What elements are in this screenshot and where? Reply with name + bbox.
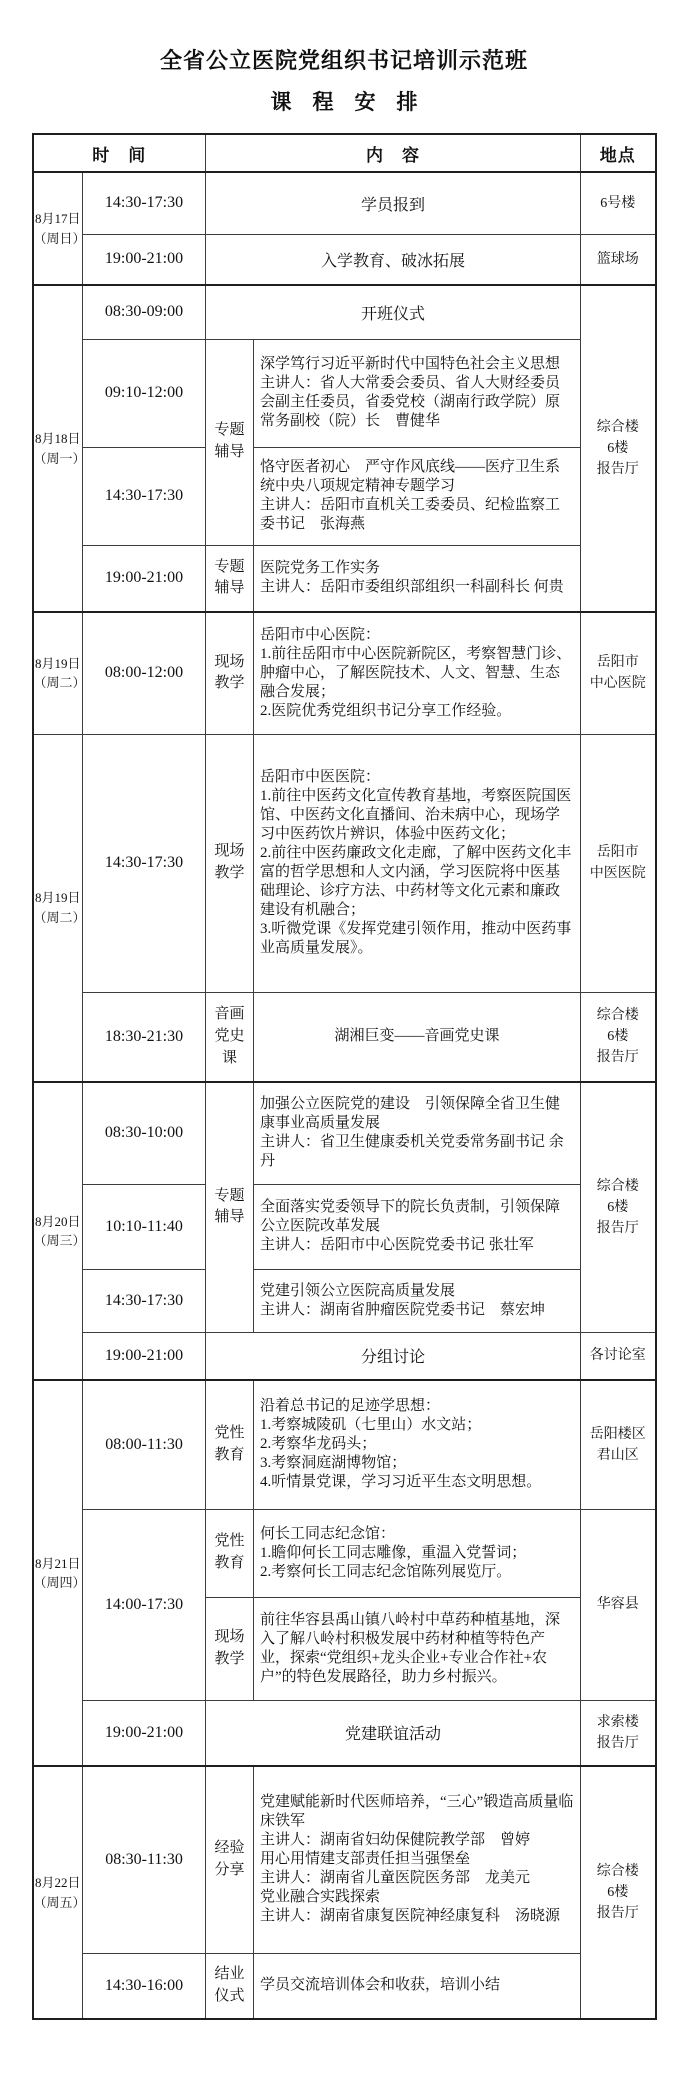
content-cell: 何长工同志纪念馆： 1.瞻仰何长工同志雕像，重温入党誓词； 2.考察何长工同志纪…	[254, 1509, 581, 1597]
activity-cell: 开班仪式	[206, 285, 581, 339]
location-cell: 综合楼 6楼 报告厅	[581, 1766, 656, 2019]
date-cell: 8月19日 （周二）	[33, 734, 83, 1082]
time-cell: 14:30-16:00	[83, 1953, 206, 2019]
time-cell: 09:10-12:00	[83, 339, 206, 447]
location-cell: 华容县	[581, 1509, 656, 1700]
activity-cell: 学员报到	[206, 172, 581, 234]
category-cell: 现场 教学	[206, 734, 254, 992]
time-cell: 08:30-10:00	[83, 1082, 206, 1184]
table-row: 19:00-21:00 党建联谊活动 求索楼 报告厅	[33, 1700, 656, 1766]
time-cell: 19:00-21:00	[83, 545, 206, 612]
category-cell: 专题 辅导	[206, 545, 254, 612]
table-header-row: 时 间 内 容 地点	[33, 134, 656, 172]
category-cell: 音画 党史 课	[206, 992, 254, 1082]
table-row: 8月22日 （周五） 08:30-11:30 经验 分享 党建赋能新时代医师培养…	[33, 1766, 656, 1953]
category-cell: 党性 教育	[206, 1509, 254, 1597]
time-cell: 19:00-21:00	[83, 1700, 206, 1766]
category-cell: 党性 教育	[206, 1380, 254, 1509]
page-title: 全省公立医院党组织书记培训示范班	[0, 46, 688, 76]
table-row: 8月21日 （周四） 08:00-11:30 党性 教育 沿着总书记的足迹学思想…	[33, 1380, 656, 1509]
location-cell: 篮球场	[581, 234, 656, 285]
table-row: 14:30-17:30 党建引领公立医院高质量发展 主讲人：湖南省肿瘤医院党委书…	[33, 1269, 656, 1332]
location-cell: 6号楼	[581, 172, 656, 234]
column-header-content: 内 容	[206, 134, 581, 172]
content-cell: 深学笃行习近平新时代中国特色社会主义思想 主讲人：省人大常委会委员、省人大财经委…	[254, 339, 581, 447]
date-cell: 8月19日 （周二）	[33, 612, 83, 734]
content-cell: 湖湘巨变——音画党史课	[254, 992, 581, 1082]
table-row: 14:30-17:30 恪守医者初心 严守作风底线——医疗卫生系统中央八项规定精…	[33, 447, 656, 545]
column-header-location: 地点	[581, 134, 656, 172]
content-cell: 恪守医者初心 严守作风底线——医疗卫生系统中央八项规定精神专题学习 主讲人：岳阳…	[254, 447, 581, 545]
date-cell: 8月17日 （周日）	[33, 172, 83, 285]
table-row: 19:00-21:00 入学教育、破冰拓展 篮球场	[33, 234, 656, 285]
time-cell: 14:30-17:30	[83, 447, 206, 545]
location-cell: 综合楼 6楼 报告厅	[581, 1082, 656, 1332]
table-row: 19:00-21:00 分组讨论 各讨论室	[33, 1332, 656, 1380]
time-cell: 08:30-11:30	[83, 1766, 206, 1953]
date-cell: 8月22日 （周五）	[33, 1766, 83, 2019]
location-cell: 各讨论室	[581, 1332, 656, 1380]
activity-cell: 入学教育、破冰拓展	[206, 234, 581, 285]
category-cell: 现场 教学	[206, 1597, 254, 1700]
category-cell: 结业 仪式	[206, 1953, 254, 2019]
category-cell: 经验 分享	[206, 1766, 254, 1953]
course-schedule-table: 时 间 内 容 地点 8月17日 （周日） 14:30-17:30 学员报到 6…	[32, 133, 657, 2020]
table-row: 8月20日 （周三） 08:30-10:00 专题 辅导 加强公立医院党的建设 …	[33, 1082, 656, 1184]
content-cell: 沿着总书记的足迹学思想： 1.考察城陵矶（七里山）水文站； 2.考察华龙码头； …	[254, 1380, 581, 1509]
column-header-time: 时 间	[33, 134, 206, 172]
table-row: 19:00-21:00 专题 辅导 医院党务工作实务 主讲人：岳阳市委组织部组织…	[33, 545, 656, 612]
table-row: 18:30-21:30 音画 党史 课 湖湘巨变——音画党史课 综合楼 6楼 报…	[33, 992, 656, 1082]
time-cell: 14:30-17:30	[83, 172, 206, 234]
table-row: 8月19日 （周二） 08:00-12:00 现场 教学 岳阳市中心医院： 1.…	[33, 612, 656, 734]
category-cell: 专题 辅导	[206, 1082, 254, 1332]
table-row: 14:30-16:00 结业 仪式 学员交流培训体会和收获，培训小结	[33, 1953, 656, 2019]
time-cell: 18:30-21:30	[83, 992, 206, 1082]
page-subtitle: 课 程 安 排	[0, 88, 688, 116]
time-cell: 10:10-11:40	[83, 1184, 206, 1269]
location-cell: 岳阳楼区 君山区	[581, 1380, 656, 1509]
document: 全省公立医院党组织书记培训示范班 课 程 安 排 时 间 内 容 地点 8月17…	[0, 0, 688, 2020]
category-cell: 现场 教学	[206, 612, 254, 734]
table-row: 8月18日 （周一） 08:30-09:00 开班仪式 综合楼 6楼 报告厅	[33, 285, 656, 339]
content-cell: 加强公立医院党的建设 引领保障全省卫生健康事业高质量发展 主讲人：省卫生健康委机…	[254, 1082, 581, 1184]
content-cell: 医院党务工作实务 主讲人：岳阳市委组织部组织一科副科长 何贵	[254, 545, 581, 612]
content-cell: 前往华容县禹山镇八岭村中草药种植基地，深入了解八岭村积极发展中药材种植等特色产业…	[254, 1597, 581, 1700]
date-cell: 8月18日 （周一）	[33, 285, 83, 612]
content-cell: 岳阳市中医医院： 1.前往中医药文化宣传教育基地，考察医院国医馆、中医药文化直播…	[254, 734, 581, 992]
time-cell: 14:00-17:30	[83, 1509, 206, 1700]
time-cell: 08:00-12:00	[83, 612, 206, 734]
table-row: 8月17日 （周日） 14:30-17:30 学员报到 6号楼	[33, 172, 656, 234]
location-cell: 综合楼 6楼 报告厅	[581, 285, 656, 612]
location-cell: 综合楼 6楼 报告厅	[581, 992, 656, 1082]
time-cell: 08:00-11:30	[83, 1380, 206, 1509]
time-cell: 19:00-21:00	[83, 1332, 206, 1380]
date-cell: 8月20日 （周三）	[33, 1082, 83, 1380]
table-row: 09:10-12:00 专题 辅导 深学笃行习近平新时代中国特色社会主义思想 主…	[33, 339, 656, 447]
content-cell: 党建引领公立医院高质量发展 主讲人：湖南省肿瘤医院党委书记 蔡宏坤	[254, 1269, 581, 1332]
table-row: 14:00-17:30 党性 教育 何长工同志纪念馆： 1.瞻仰何长工同志雕像，…	[33, 1509, 656, 1597]
time-cell: 14:30-17:30	[83, 1269, 206, 1332]
activity-cell: 党建联谊活动	[206, 1700, 581, 1766]
table-row: 10:10-11:40 全面落实党委领导下的院长负责制，引领保障公立医院改革发展…	[33, 1184, 656, 1269]
date-cell: 8月21日 （周四）	[33, 1380, 83, 1766]
location-cell: 求索楼 报告厅	[581, 1700, 656, 1766]
location-cell: 岳阳市 中心医院	[581, 612, 656, 734]
table-row: 8月19日 （周二） 14:30-17:30 现场 教学 岳阳市中医医院： 1.…	[33, 734, 656, 992]
content-cell: 学员交流培训体会和收获，培训小结	[254, 1953, 581, 2019]
activity-cell: 分组讨论	[206, 1332, 581, 1380]
location-cell: 岳阳市 中医医院	[581, 734, 656, 992]
content-cell: 岳阳市中心医院： 1.前往岳阳市中心医院新院区，考察智慧门诊、肿瘤中心，了解医院…	[254, 612, 581, 734]
content-cell: 全面落实党委领导下的院长负责制，引领保障公立医院改革发展 主讲人：岳阳市中心医院…	[254, 1184, 581, 1269]
time-cell: 14:30-17:30	[83, 734, 206, 992]
time-cell: 19:00-21:00	[83, 234, 206, 285]
time-cell: 08:30-09:00	[83, 285, 206, 339]
content-cell: 党建赋能新时代医师培养，“三心”锻造高质量临床铁军 主讲人：湖南省妇幼保健院教学…	[254, 1766, 581, 1953]
category-cell: 专题 辅导	[206, 339, 254, 545]
